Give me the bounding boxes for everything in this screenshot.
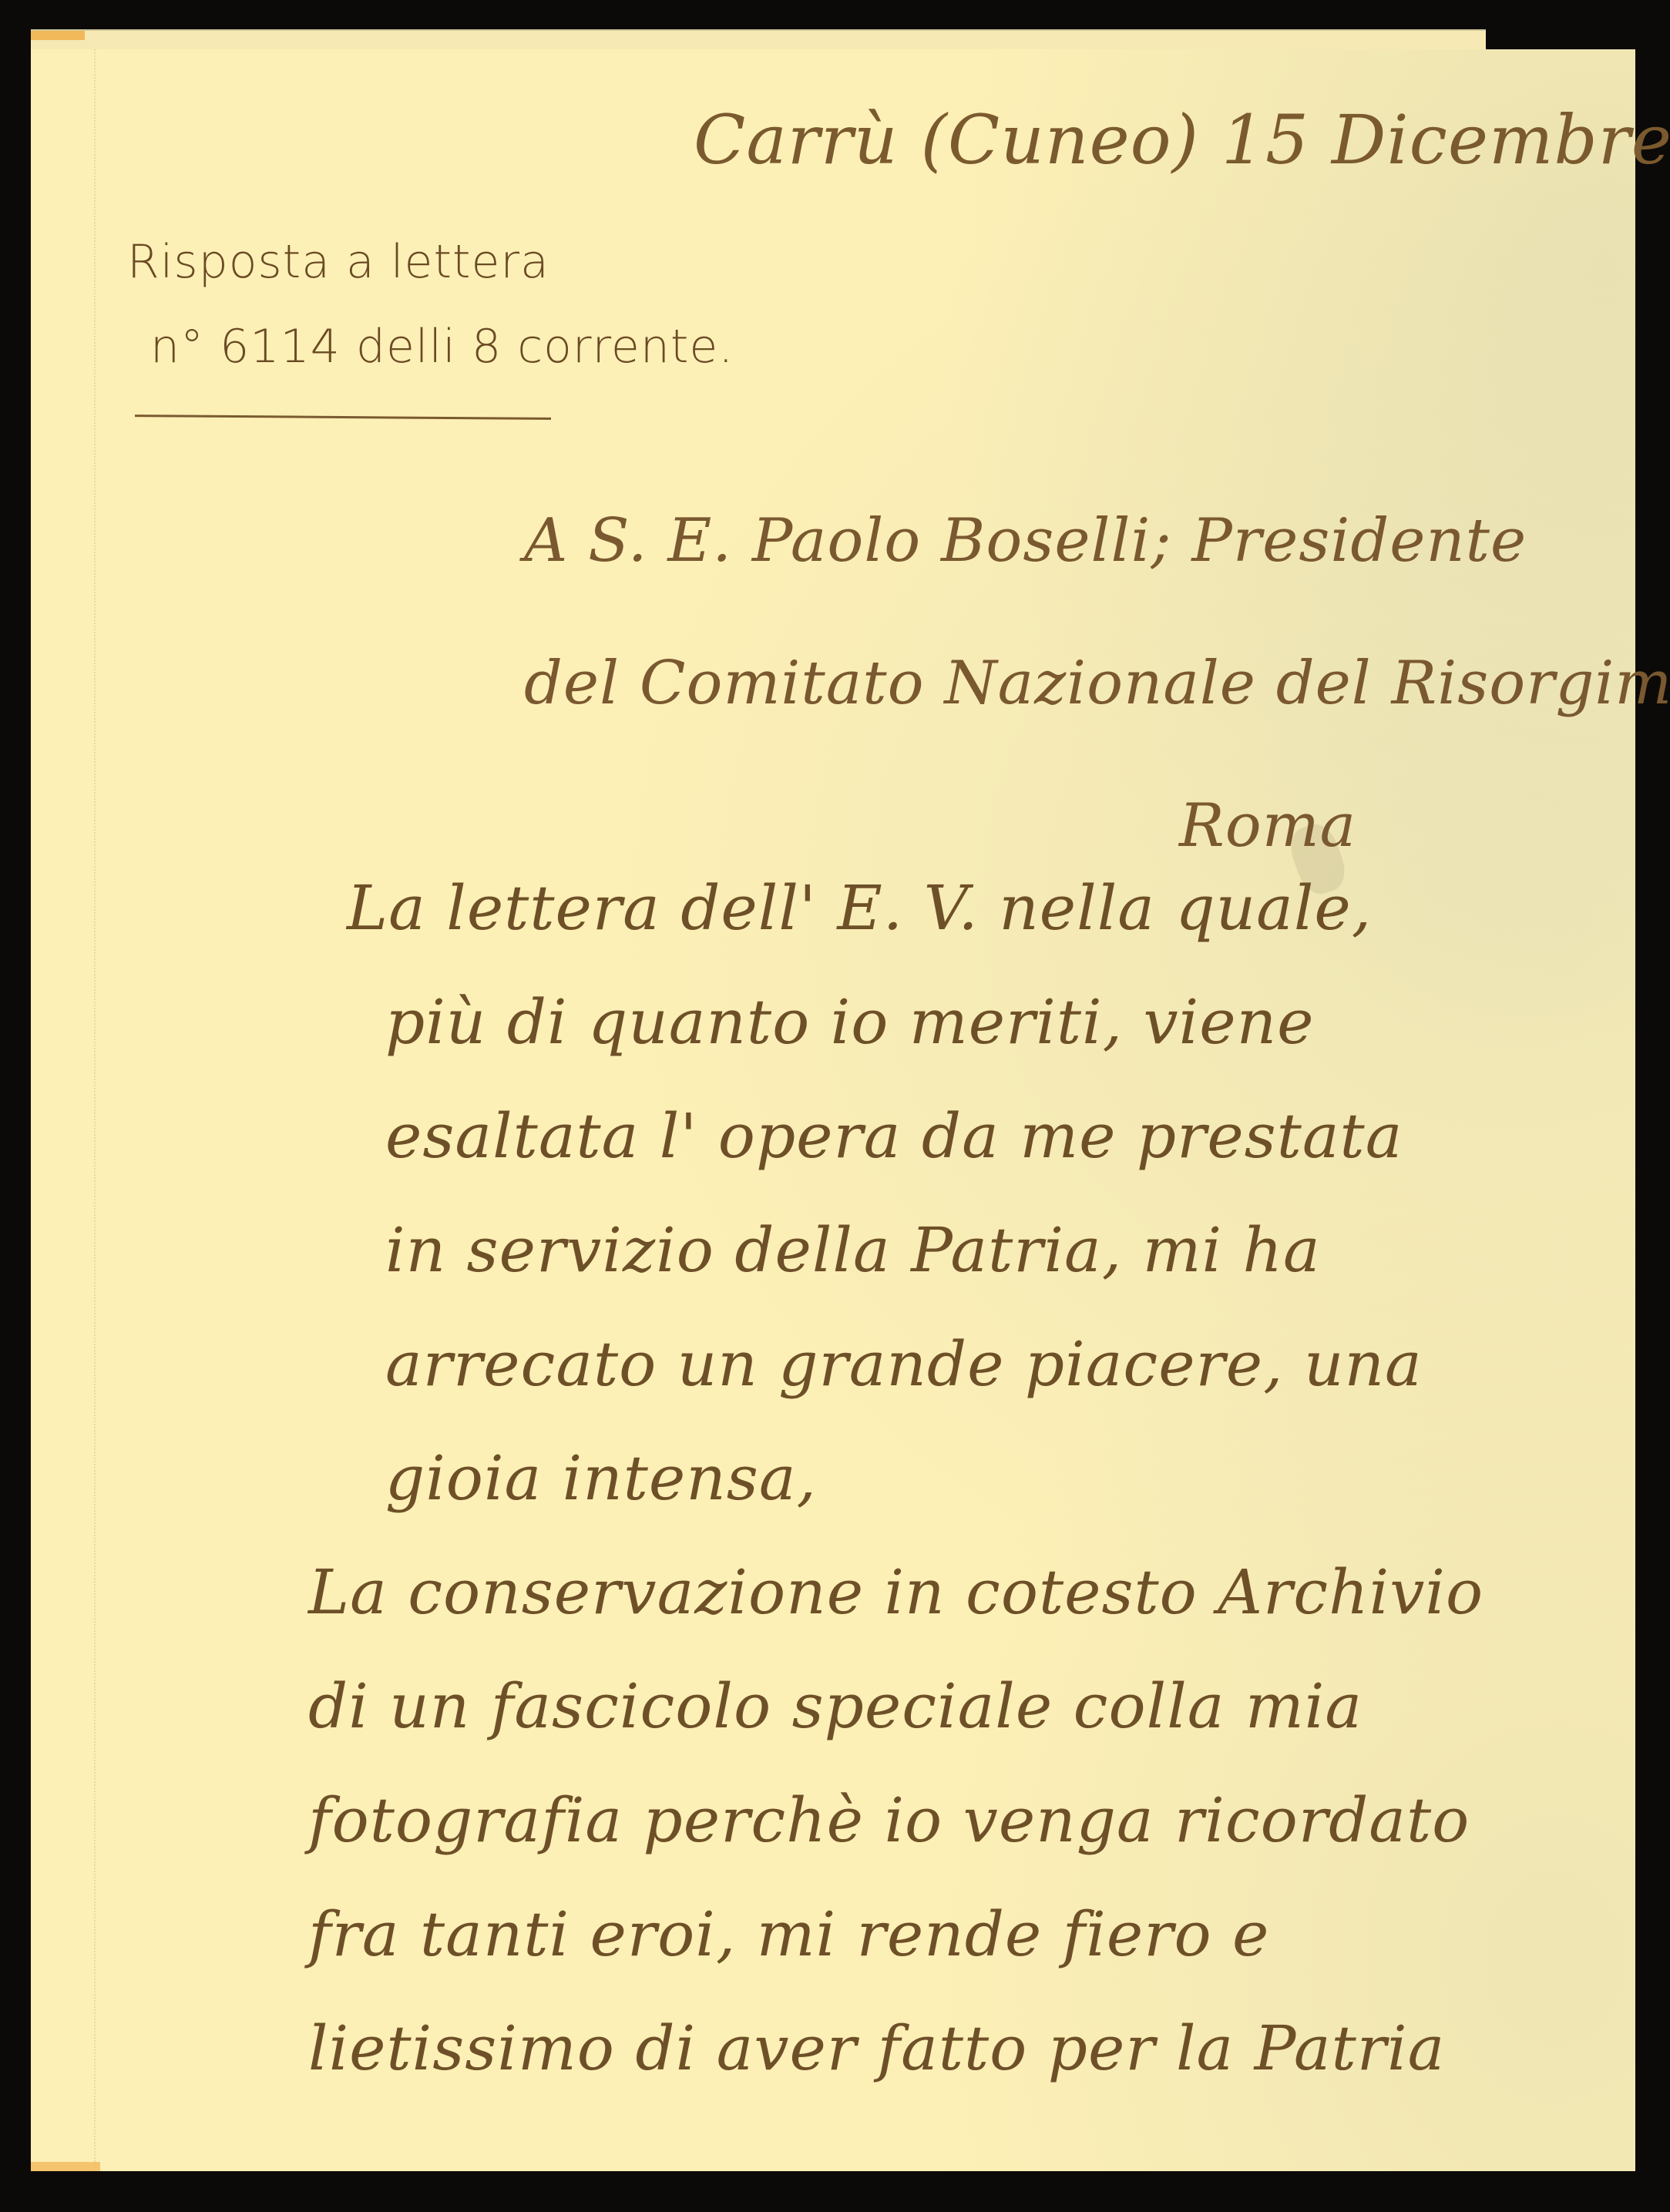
fold-line bbox=[94, 49, 96, 2171]
addressee-line1: A S. E. Paolo Boselli; Presidente bbox=[524, 470, 1670, 613]
addressee-line2: del Comitato Nazionale del Risorgimento bbox=[524, 613, 1670, 755]
body-line: La lettera dell' E. V. nella quale, bbox=[347, 851, 1484, 965]
stain bbox=[31, 2162, 100, 2171]
reference-note-line1: Risposta a lettera bbox=[127, 220, 734, 304]
body-line: più di quanto io meriti, viene bbox=[385, 965, 1484, 1079]
body-line: fotografia perchè io venga ricordato bbox=[308, 1764, 1484, 1878]
reference-note: Risposta a lettera n° 6114 delli 8 corre… bbox=[127, 220, 734, 389]
place-date: Carrù (Cuneo) 15 Dicembre 1922 bbox=[694, 100, 1670, 180]
body-line: in servizio della Patria, mi ha bbox=[385, 1193, 1484, 1307]
stain bbox=[31, 31, 85, 40]
body-line: fra tanti eroi, mi rende fiero e bbox=[308, 1878, 1484, 1992]
reference-note-line2: n° 6114 delli 8 corrente. bbox=[127, 304, 734, 389]
body-line: La conservazione in cotesto Archivio bbox=[308, 1536, 1484, 1650]
body-line: gioia intensa, bbox=[385, 1422, 1484, 1536]
body-line: di un fascicolo speciale colla mia bbox=[308, 1650, 1484, 1764]
body-line: lietissimo di aver fatto per la Patria bbox=[308, 1992, 1484, 2106]
addressee-block: A S. E. Paolo Boselli; Presidente del Co… bbox=[524, 470, 1670, 898]
body-line: esaltata l' opera da me prestata bbox=[385, 1079, 1484, 1193]
body-line: arrecato un grande piacere, una bbox=[385, 1307, 1484, 1422]
letter-body: La lettera dell' E. V. nella quale, più … bbox=[347, 851, 1484, 2106]
